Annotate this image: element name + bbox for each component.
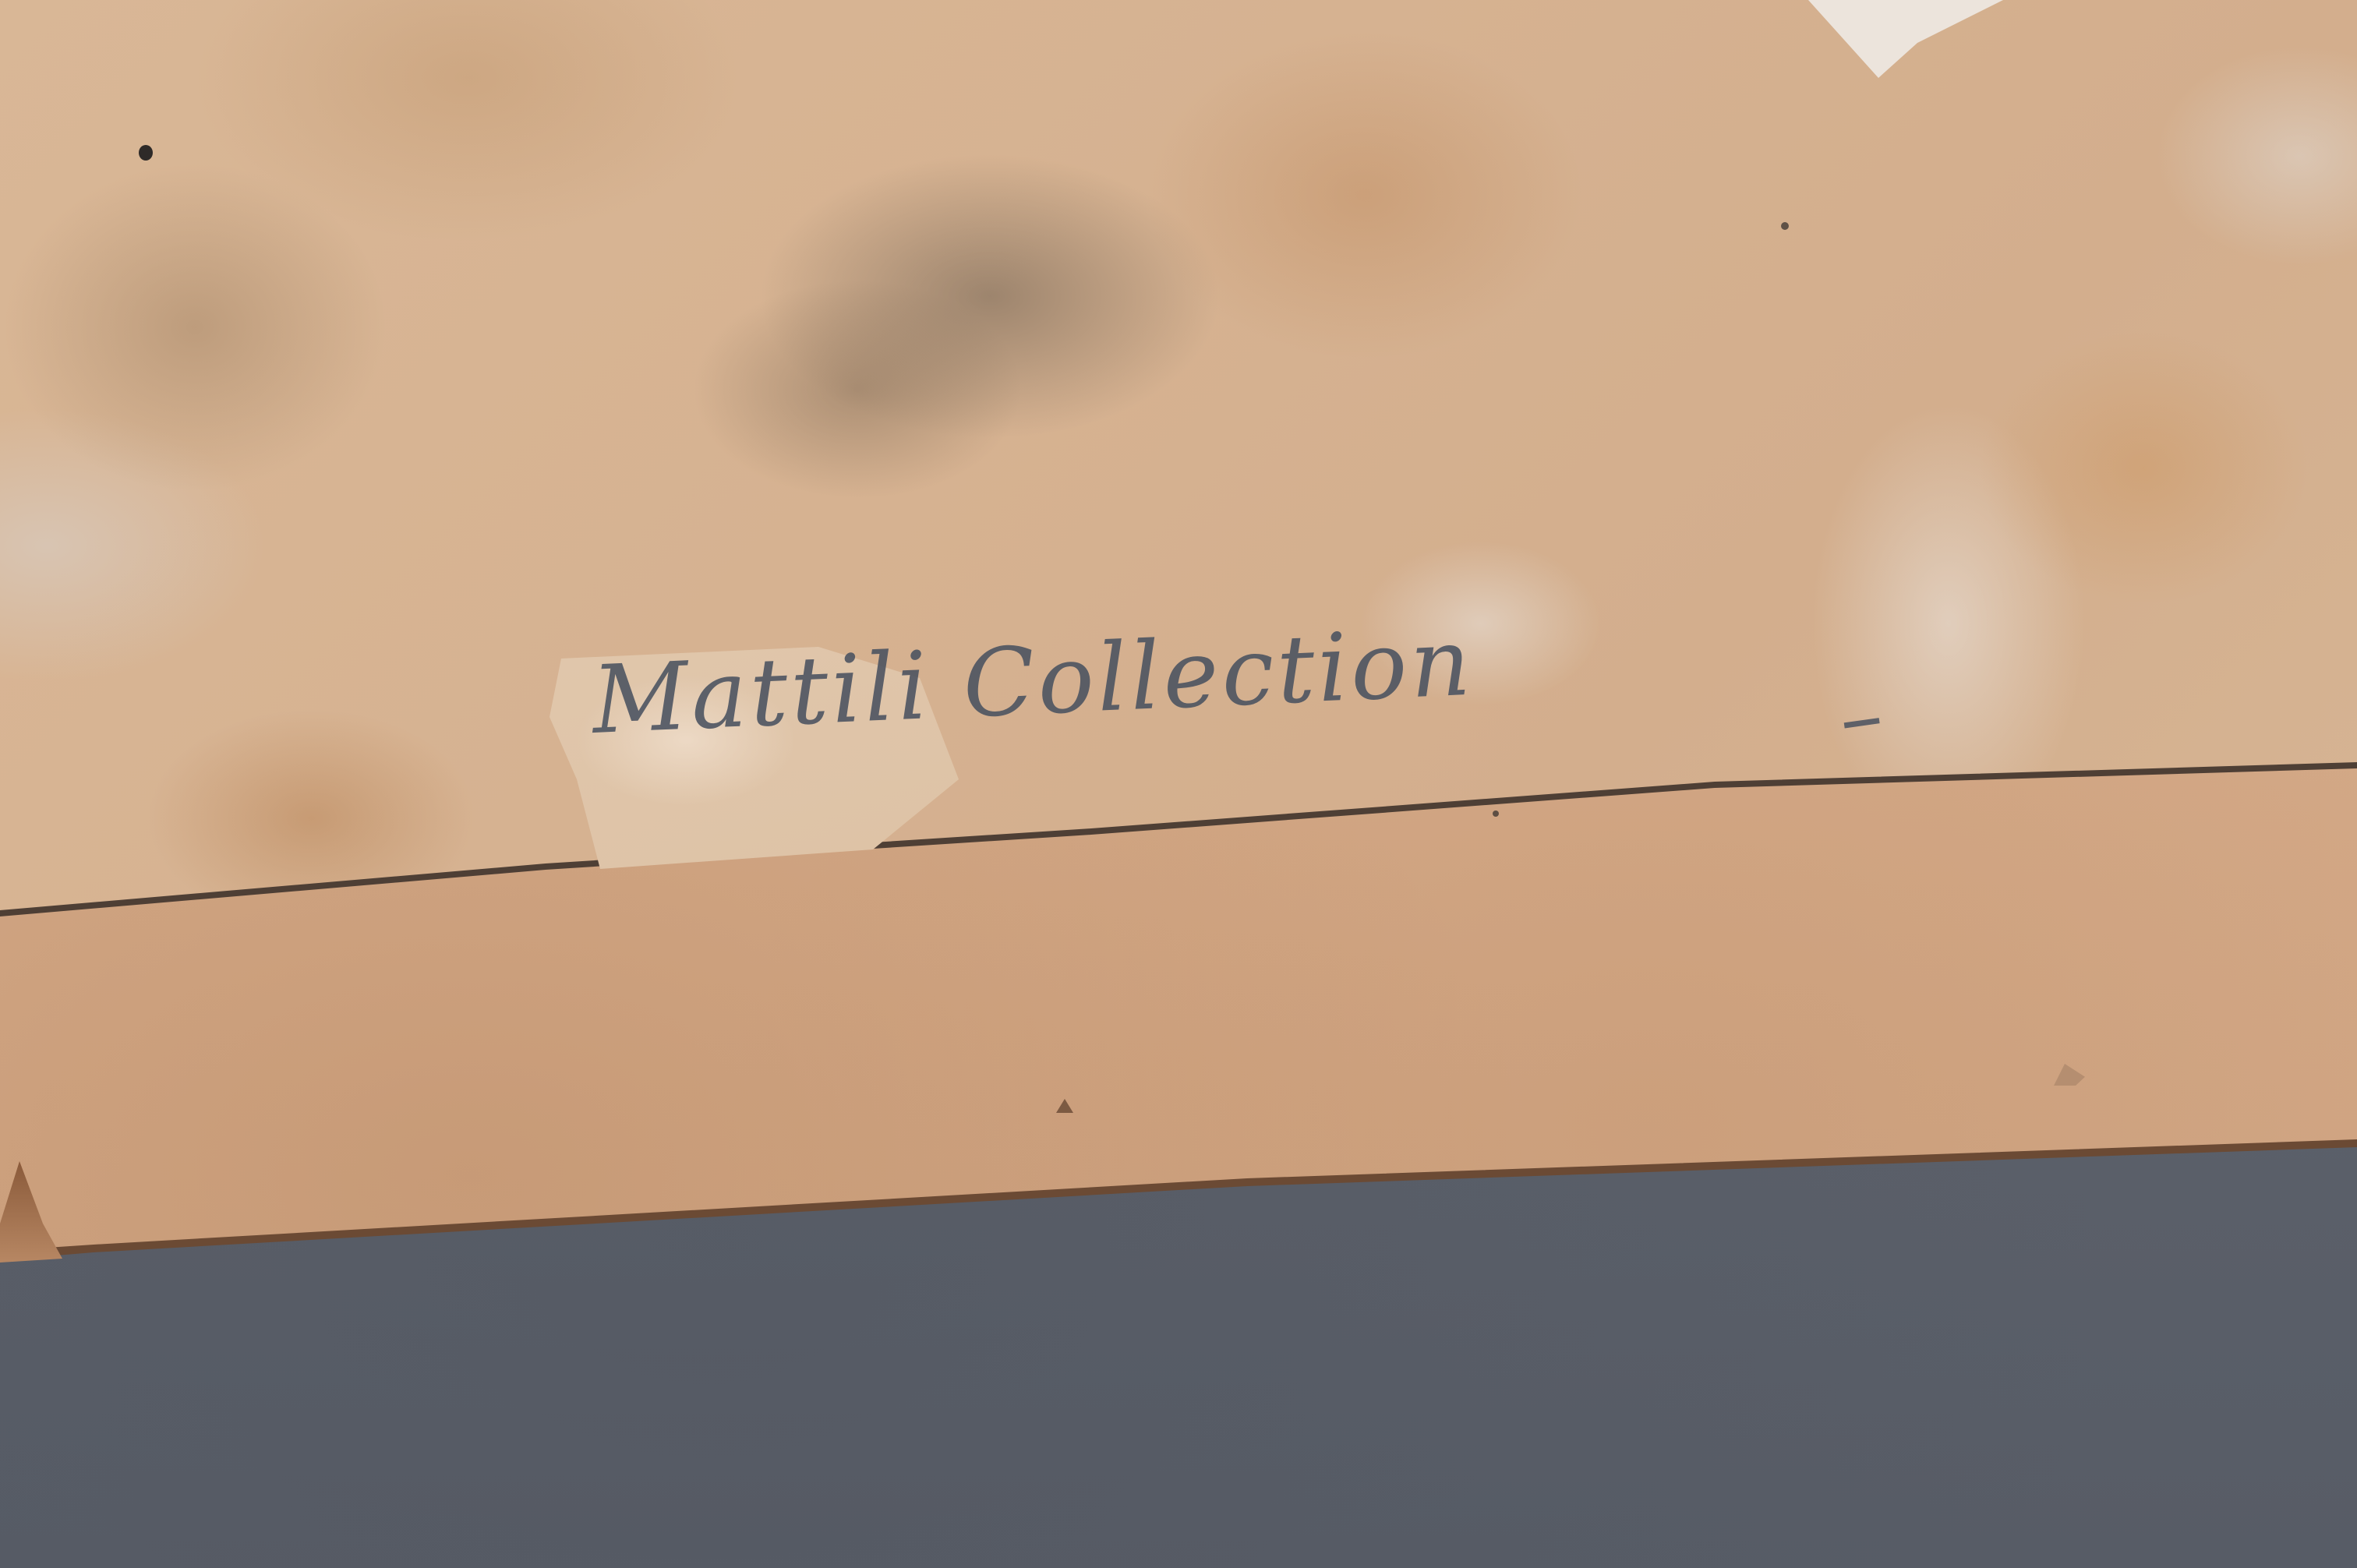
- ink-spot: [1781, 222, 1789, 230]
- ink-spot: [139, 145, 153, 161]
- photo-scene: Mattili Collection –: [0, 0, 2357, 1568]
- ink-spot: [1493, 810, 1499, 817]
